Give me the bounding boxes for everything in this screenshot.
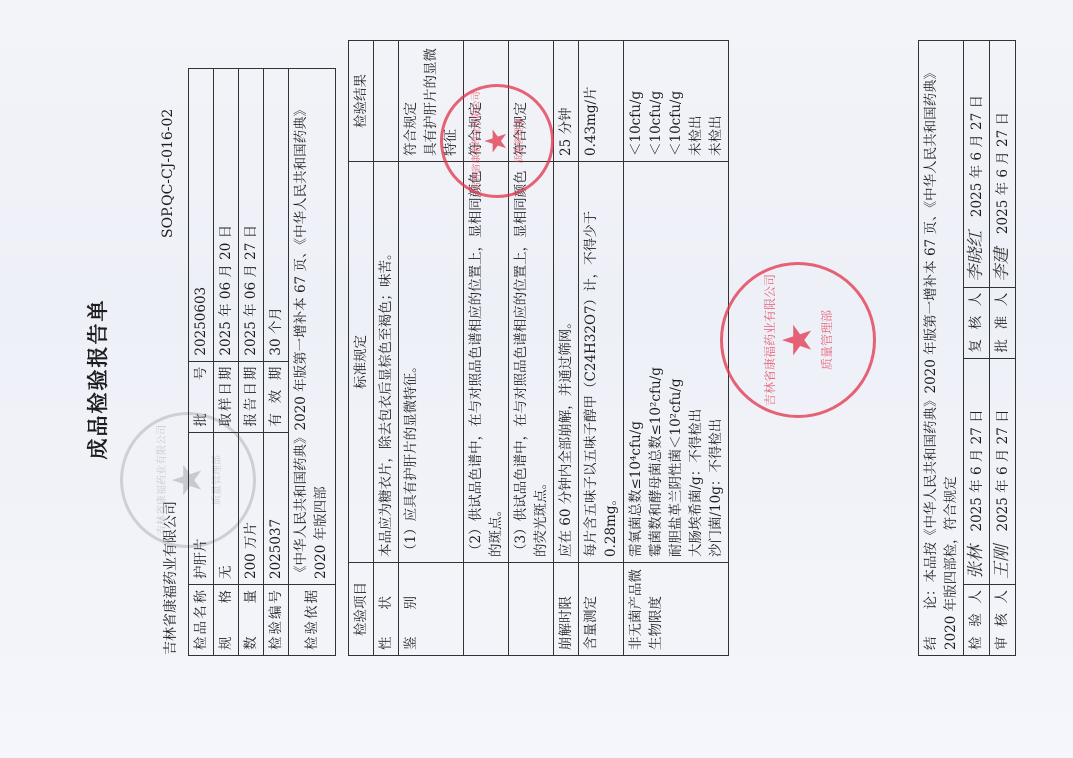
- label-report-date: 报告日期: [239, 361, 264, 432]
- cell-result: [374, 41, 399, 162]
- approver-date: 2025 年 6 月 27 日: [995, 112, 1011, 234]
- label-batch: 批 号: [189, 361, 214, 432]
- quality-dept-seal-stamp: 吉林省康福药业有限公司★质量管理部: [720, 262, 876, 418]
- label-quantity: 数 量: [239, 585, 264, 656]
- inspector-date: 2025 年 6 月 27 日: [969, 409, 985, 531]
- label-auditor: 审核人: [990, 585, 1016, 656]
- cell-item: 性 状: [374, 563, 399, 656]
- auditor-date: 2025 年 6 月 27 日: [995, 409, 1011, 531]
- cell-standard: 本品应为糖衣片，除去包衣后显棕色至褐色；味苦。: [374, 162, 399, 563]
- cell-result: 25 分钟: [554, 41, 579, 162]
- cell-standard: 应在 60 分钟内全部崩解，并通过筛网。: [554, 162, 579, 563]
- value-validity: 30 个月: [264, 69, 289, 362]
- cell-item: [509, 563, 554, 656]
- col-header-item: 检验项目: [349, 563, 374, 656]
- table-row: 性 状本品应为糖衣片，除去包衣后显棕色至褐色；味苦。: [374, 41, 399, 656]
- auditor-signature: 王刚: [992, 545, 1012, 579]
- label-spec: 规 格: [214, 585, 239, 656]
- cell-standard: 每片含五味子以五味子醇甲（C24H32O7）计，不得少于 0.28mg。: [579, 162, 624, 563]
- cell-item: 鉴 别: [399, 563, 464, 656]
- inspection-report-page: 成品检验报告单 吉林省康福药业有限公司 SOP.QC-CJ-016-02 吉林省…: [0, 0, 1073, 758]
- document-code: SOP.QC-CJ-016-02: [160, 109, 176, 238]
- label-validity: 有 效 期: [264, 361, 289, 432]
- label-product-name: 检品名称: [189, 585, 214, 656]
- inspector-signature: 张林: [966, 545, 986, 579]
- report-title: 成品检验报告单: [82, 0, 112, 758]
- cell-item: [464, 563, 509, 656]
- cell-standard: （3）供试品色谱中，在与对照品色谱相应的位置上，显相同颜色的荧光斑点。: [509, 162, 554, 563]
- value-sampling-date: 2025 年 06 月 20 日: [214, 69, 239, 362]
- value-batch: 20250603: [189, 69, 214, 362]
- value-report-date: 2025 年 06 月 27 日: [239, 69, 264, 362]
- table-row: 崩解时限应在 60 分钟内全部崩解，并通过筛网。25 分钟: [554, 41, 579, 656]
- conclusion-label: 结 论：: [923, 583, 939, 651]
- cell-item: 含量测定: [579, 563, 624, 656]
- approver-signature: 李建: [992, 248, 1012, 282]
- cell-item: 崩解时限: [554, 563, 579, 656]
- value-basis: 《中华人民共和国药典》2020 年版第一增补本 67 页、《中华人民共和国药典》…: [289, 69, 336, 585]
- col-header-result: 检验结果: [349, 41, 374, 162]
- cell-result: ＜10cfu/g ＜10cfu/g ＜10cfu/g 未检出 未检出: [624, 41, 729, 162]
- value-spec: 无: [214, 432, 239, 584]
- cell-standard: 需氧菌总数≤10⁴cfu/g 霉菌数和酵母菌总数≤10²cfu/g 耐胆盐革兰阴…: [624, 162, 729, 563]
- label-reviewer: 复核人: [964, 287, 990, 358]
- cell-standard: （2）供试品色谱中，在与对照品色谱相应的位置上，显相同颜色的斑点。: [464, 162, 509, 563]
- value-inspection-no: 2025037: [264, 432, 289, 584]
- signature-table: 结 论：本品按《中华人民共和国药典》2020 年版第一增补本 67 页、《中华人…: [918, 40, 1016, 656]
- cell-result: 0.43mg/片: [579, 41, 624, 162]
- label-sampling-date: 取样日期: [214, 361, 239, 432]
- reviewer-signature: 李晓红: [966, 231, 986, 282]
- value-quantity: 200 万片: [239, 432, 264, 584]
- table-row: 非无菌产品微生物限度需氧菌总数≤10⁴cfu/g 霉菌数和酵母菌总数≤10²cf…: [624, 41, 729, 656]
- result-seal-stamp: 吉林省康福药业有限公司★质量管理部: [440, 84, 554, 198]
- label-inspector: 检验人: [964, 585, 990, 656]
- label-inspection-no: 检验编号: [264, 585, 289, 656]
- product-info-table: 检品名称 护肝片 批 号 20250603 规 格 无 取样日期 2025 年 …: [188, 68, 336, 656]
- table-row: 含量测定每片含五味子以五味子醇甲（C24H32O7）计，不得少于 0.28mg。…: [579, 41, 624, 656]
- cell-standard: （1）应具有护肝片的显微特征。: [399, 162, 464, 563]
- conclusion-text: 本品按《中华人民共和国药典》2020 年版第一增补本 67 页、《中华人民共和国…: [923, 66, 959, 650]
- label-approver: 批准人: [990, 287, 1016, 358]
- reviewer-date: 2025 年 6 月 27 日: [969, 95, 985, 217]
- value-product-name: 护肝片: [189, 432, 214, 584]
- label-basis: 检验依据: [289, 585, 336, 656]
- cell-item: 非无菌产品微生物限度: [624, 563, 729, 656]
- col-header-standard: 标准规定: [349, 162, 374, 563]
